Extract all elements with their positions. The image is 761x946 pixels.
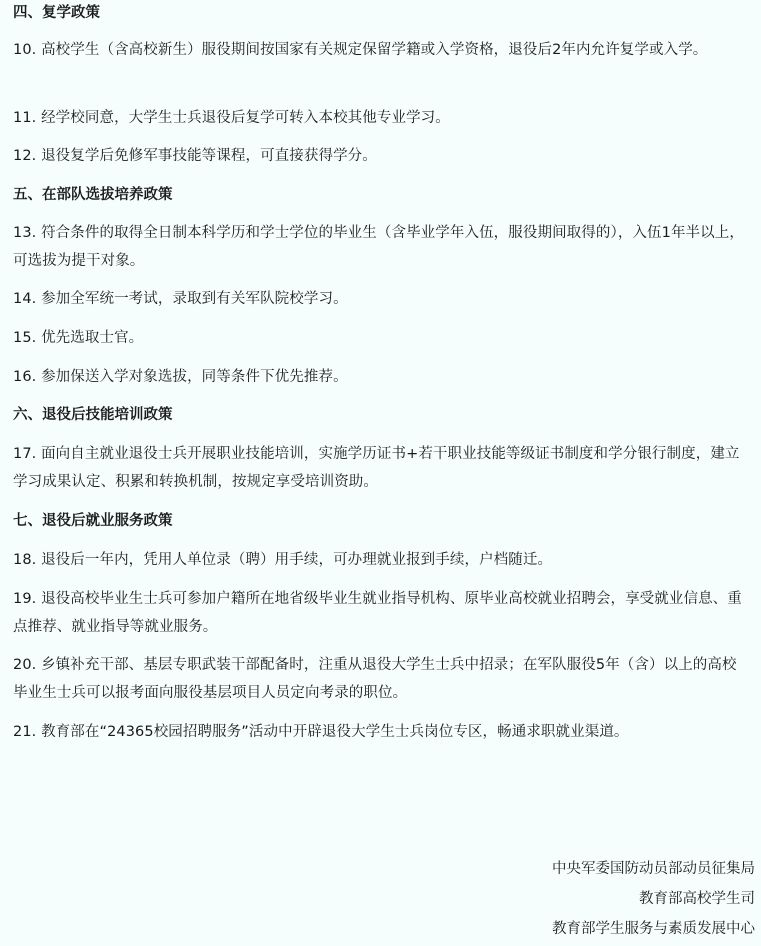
policy-item-text: 14. 参加全军统一考试，录取到有关军队院校学习。 [13,285,751,313]
policy-item-text: 13. 符合条件的取得全日制本科学历和学士学位的毕业生（含毕业学年入伍，服役期间… [13,219,751,275]
policy-item-text: 11. 经学校同意，大学生士兵退役后复学可转入本校其他专业学习。 [13,104,751,132]
section-heading: 六、退役后技能培训政策 [13,401,751,429]
section-military-selection: 五、在部队选拔培养政策 [13,181,751,209]
policy-item-13: 13. 符合条件的取得全日制本科学历和学士学位的毕业生（含毕业学年入伍，服役期间… [13,219,751,275]
policy-item-14: 14. 参加全军统一考试，录取到有关军队院校学习。 [13,285,751,313]
policy-item-12: 12. 退役复学后免修军事技能等课程，可直接获得学分。 [13,142,751,170]
policy-item-10: 10. 高校学生（含高校新生）服役期间按国家有关规定保留学籍或入学资格，退役后2… [13,36,751,64]
section-resume-study: 四、复学政策 [13,0,751,27]
policy-item-text: 20. 乡镇补充干部、基层专职武装干部配备时，注重从退役大学生士兵中招录；在军队… [13,651,751,707]
policy-item-18: 18. 退役后一年内，凭用人单位录（聘）用手续，可办理就业报到手续，户档随迁。 [13,546,751,574]
section-heading: 五、在部队选拔培养政策 [13,181,751,209]
policy-item-15: 15. 优先选取士官。 [13,324,751,352]
policy-item-text: 21. 教育部在“24365校园招聘服务”活动中开辟退役大学生士兵岗位专区，畅通… [13,718,751,746]
policy-item-21: 21. 教育部在“24365校园招聘服务”活动中开辟退役大学生士兵岗位专区，畅通… [13,718,751,746]
section-heading: 七、退役后就业服务政策 [13,507,751,535]
section-skills-training: 六、退役后技能培训政策 [13,401,751,429]
policy-item-text: 17. 面向自主就业退役士兵开展职业技能培训，实施学历证书+若干职业技能等级证书… [13,440,751,496]
section-heading: 四、复学政策 [13,0,751,27]
signature-line-service-center: 教育部学生服务与素质发展中心 [552,914,755,944]
policy-item-17: 17. 面向自主就业退役士兵开展职业技能培训，实施学历证书+若干职业技能等级证书… [13,440,751,496]
policy-item-20: 20. 乡镇补充干部、基层专职武装干部配备时，注重从退役大学生士兵中招录；在军队… [13,651,751,707]
policy-item-text: 19. 退役高校毕业生士兵可参加户籍所在地省级毕业生就业指导机构、原毕业高校就业… [13,585,751,641]
policy-item-16: 16. 参加保送入学对象选拔，同等条件下优先推荐。 [13,363,751,391]
policy-item-text: 16. 参加保送入学对象选拔，同等条件下优先推荐。 [13,363,751,391]
signature-line-mobilization-bureau: 中央军委国防动员部动员征集局 [552,854,755,884]
policy-item-text: 18. 退役后一年内，凭用人单位录（聘）用手续，可办理就业报到手续，户档随迁。 [13,546,751,574]
policy-item-19: 19. 退役高校毕业生士兵可参加户籍所在地省级毕业生就业指导机构、原毕业高校就业… [13,585,751,641]
signature-block: 中央军委国防动员部动员征集局 教育部高校学生司 教育部学生服务与素质发展中心 [552,854,755,944]
policy-item-text: 10. 高校学生（含高校新生）服役期间按国家有关规定保留学籍或入学资格，退役后2… [13,36,751,64]
policy-item-text: 12. 退役复学后免修军事技能等课程，可直接获得学分。 [13,142,751,170]
signature-line-student-affairs: 教育部高校学生司 [552,884,755,914]
policy-item-11: 11. 经学校同意，大学生士兵退役后复学可转入本校其他专业学习。 [13,104,751,132]
section-employment-services: 七、退役后就业服务政策 [13,507,751,535]
policy-item-text: 15. 优先选取士官。 [13,324,751,352]
